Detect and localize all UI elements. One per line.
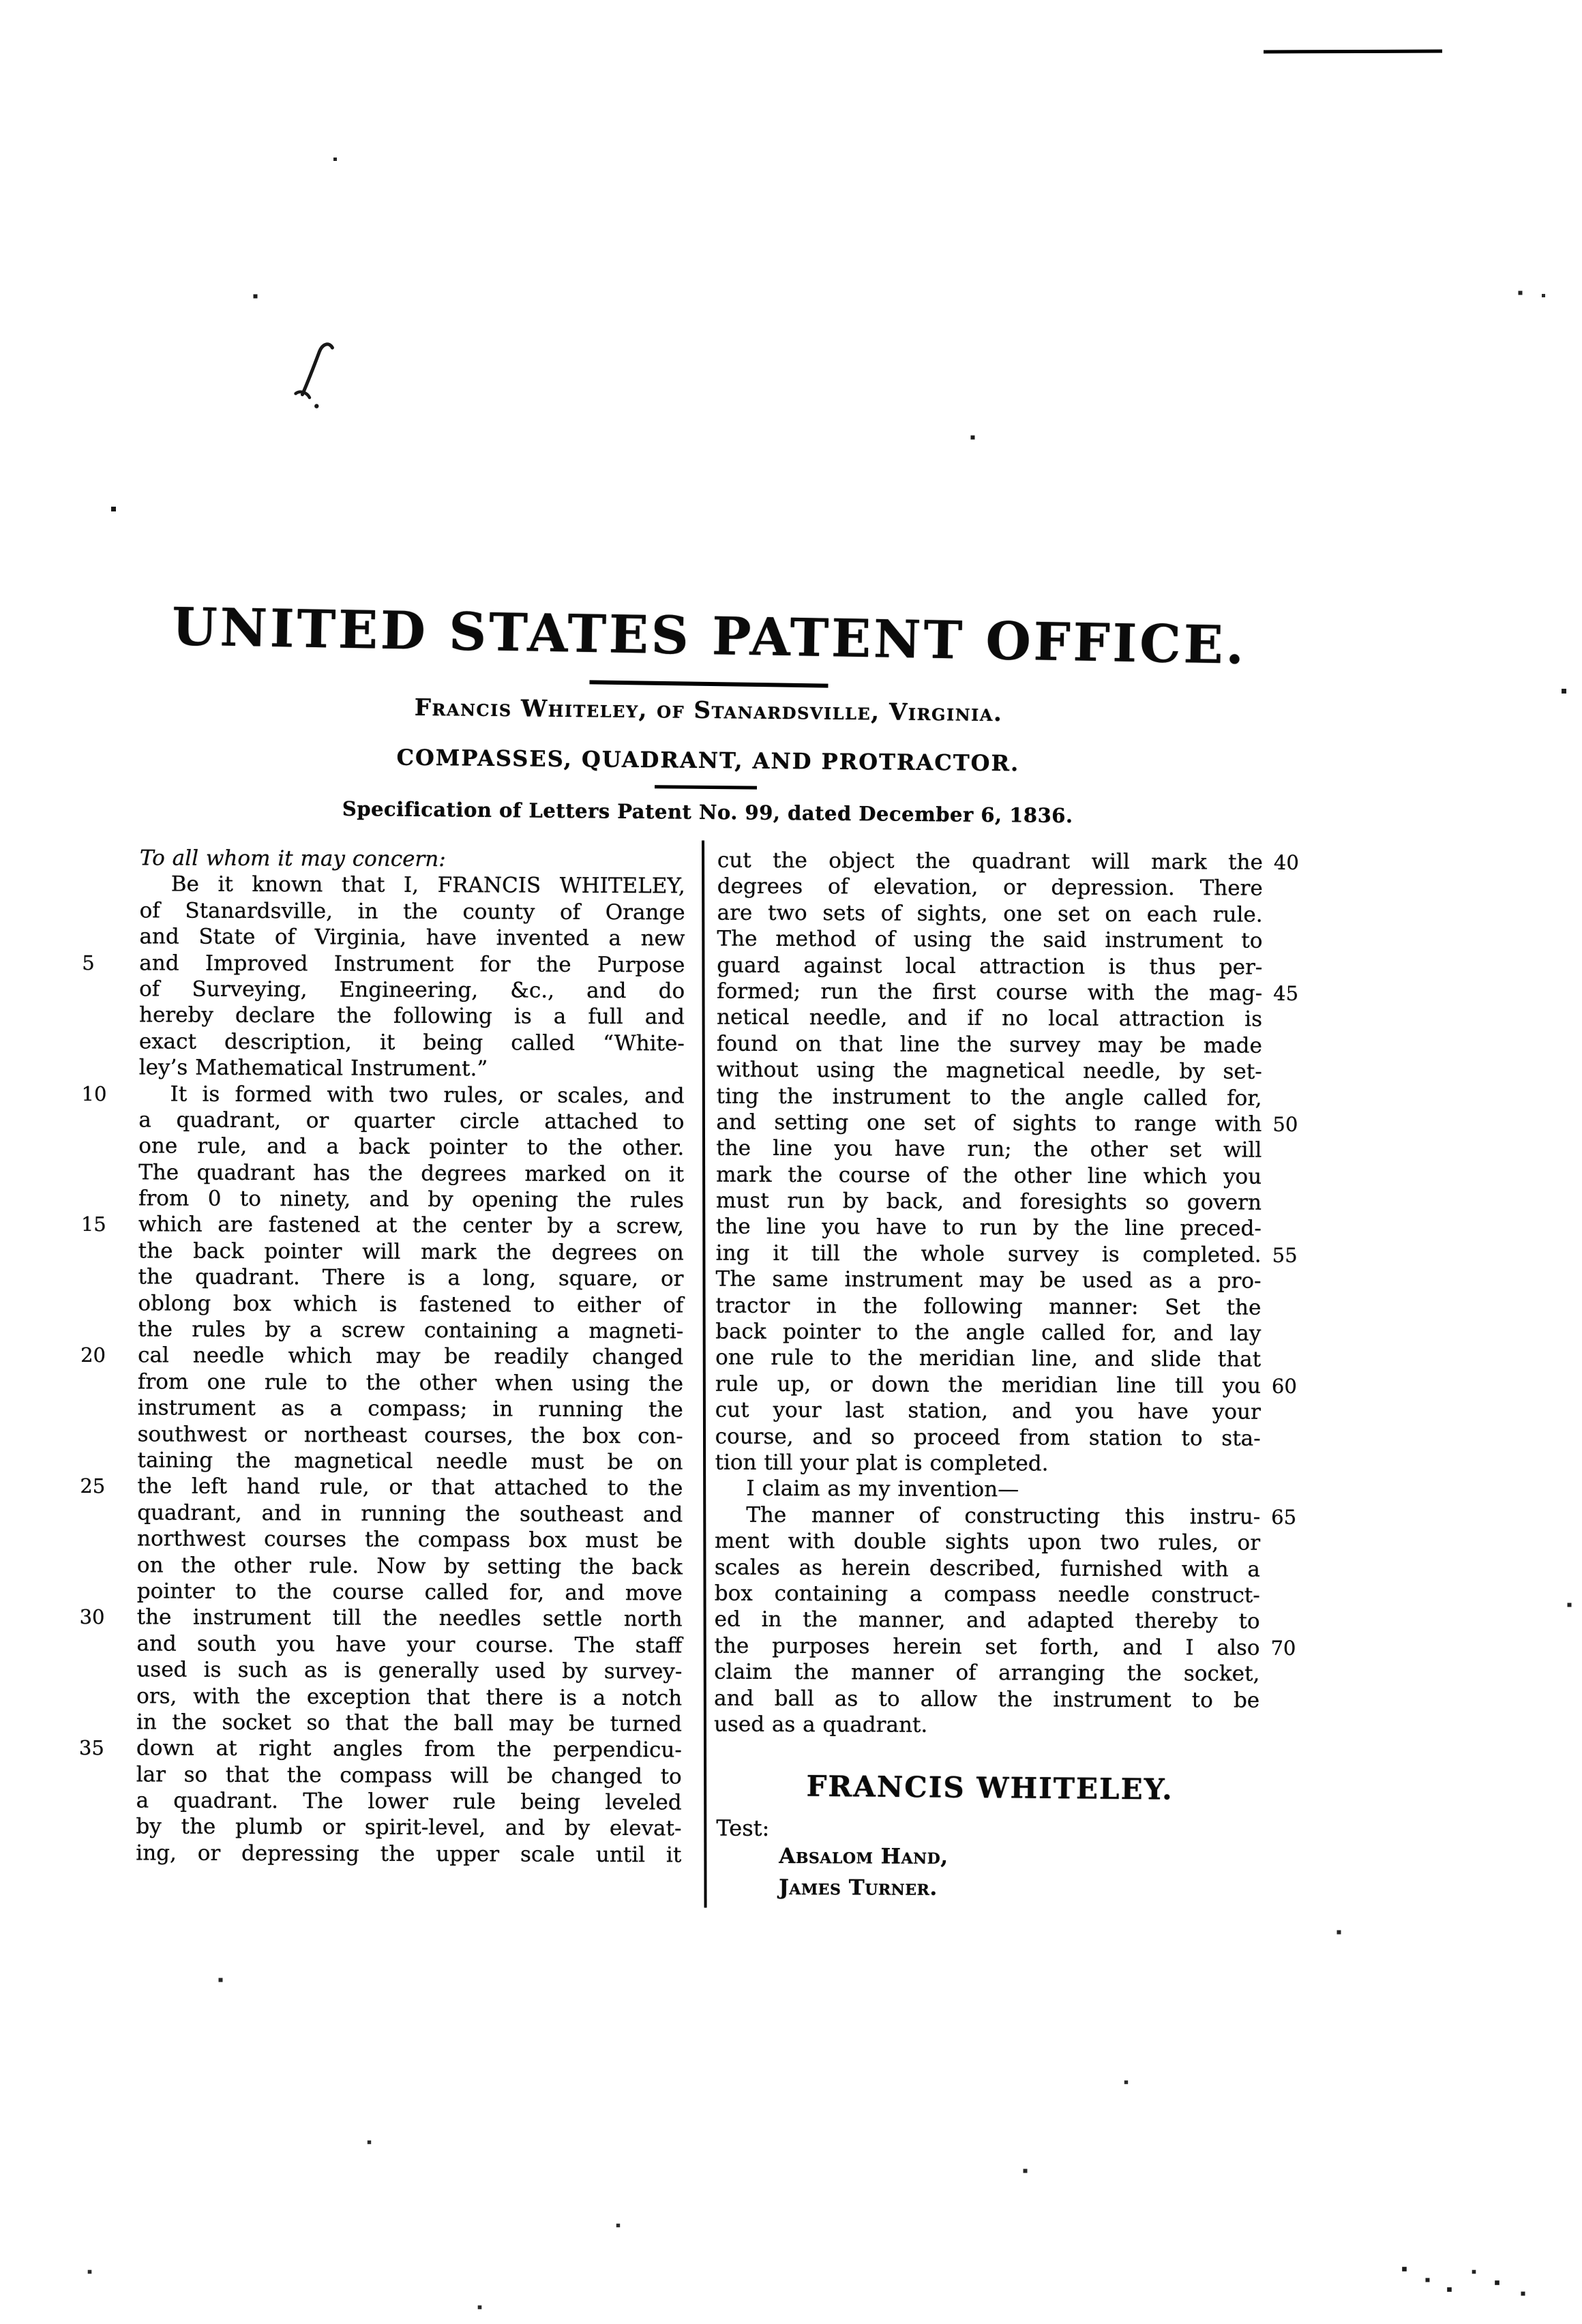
text-line-content: back pointer to the angle called for, an… xyxy=(715,1320,1261,1346)
text-line-content: guard against local attraction is thus p… xyxy=(717,953,1262,979)
text-line: rule up, or down the meridian line till … xyxy=(715,1371,1261,1399)
text-line: which are fastened at the center by a sc… xyxy=(138,1212,684,1240)
text-line: back pointer to the angle called for, an… xyxy=(715,1319,1261,1347)
line-number: 40 xyxy=(1274,850,1322,876)
text-line: cut the object the quadrant will mark th… xyxy=(717,848,1263,876)
text-line: and setting one set of sights to range w… xyxy=(716,1109,1262,1137)
text-line-content: netical needle, and if no local attracti… xyxy=(717,1005,1262,1032)
text-line-content: rule up, or down the meridian line till … xyxy=(715,1371,1261,1398)
text-line-content: It is formed with two rules, or scales, … xyxy=(170,1082,685,1108)
text-line: exact description, it being called “Whit… xyxy=(139,1028,685,1056)
text-line: down at right angles from the perpendicu… xyxy=(136,1735,682,1763)
attest-label: Test: xyxy=(716,1815,769,1841)
text-line-content: cal needle which may be readily changed xyxy=(138,1343,683,1370)
witness-name: Absalom Hand, xyxy=(779,1844,948,1869)
text-line: pointer to the course called for, and mo… xyxy=(137,1578,683,1606)
text-line: claim the manner of arranging the socket… xyxy=(714,1659,1259,1687)
text-line: The quadrant has the degrees marked on i… xyxy=(138,1159,684,1187)
text-line-content: ors, with the exception that there is a … xyxy=(136,1684,682,1710)
line-number: 45 xyxy=(1273,981,1321,1007)
text-line-content: taining the magnetical needle must be on xyxy=(137,1448,683,1474)
text-line: It is formed with two rules, or scales, … xyxy=(139,1081,685,1109)
text-line-content: exact description, it being called “Whit… xyxy=(139,1029,685,1056)
text-line: lar so that the compass will be changed … xyxy=(136,1761,682,1789)
text-line-content: are two sets of sights, one set on each … xyxy=(717,900,1263,927)
text-line-content: ment with double sights upon two rules, … xyxy=(715,1529,1260,1555)
text-line: ing it till the whole survey is complete… xyxy=(716,1240,1262,1268)
text-line-content: ley’s Mathematical Instrument.” xyxy=(139,1055,488,1081)
line-number: 70 xyxy=(1270,1635,1318,1661)
left-column: To all whom it may concern:Be it known t… xyxy=(136,845,685,1868)
right-column: cut the object the quadrant will mark th… xyxy=(714,848,1263,1740)
text-line: in the socket so that the ball may be tu… xyxy=(136,1709,682,1737)
text-line: and south you have your course. The staf… xyxy=(136,1630,682,1658)
text-line-content: found on that line the survey may be mad… xyxy=(717,1031,1262,1058)
text-line: degrees of elevation, or depression. The… xyxy=(717,874,1263,902)
text-line-content: of Surveying, Engineering, &c., and do xyxy=(139,977,685,1003)
text-line: cut your last station, and you have your xyxy=(715,1397,1261,1425)
text-line: tractor in the following manner: Set the xyxy=(715,1292,1261,1320)
text-line-content: The manner of constructing this instru- xyxy=(746,1503,1260,1530)
text-line-content: the line you have run; the other set wil… xyxy=(716,1136,1262,1163)
text-line: ing, or depressing the upper scale until… xyxy=(136,1840,681,1868)
text-line-content: the instrument till the needles settle n… xyxy=(137,1605,683,1632)
line-number: 55 xyxy=(1272,1242,1320,1269)
text-line-content: scales as herein described, furnished wi… xyxy=(715,1555,1260,1581)
text-line-content: instrument as a compass; in running the xyxy=(138,1396,683,1422)
line-number: 35 xyxy=(79,1735,127,1761)
text-line: ment with double sights upon two rules, … xyxy=(715,1528,1260,1556)
text-line-content: pointer to the course called for, and mo… xyxy=(137,1579,683,1605)
specification-body: To all whom it may concern:Be it known t… xyxy=(0,0,1582,2324)
text-line: the back pointer will mark the degrees o… xyxy=(138,1238,684,1266)
text-line: from one rule to the other when using th… xyxy=(138,1369,683,1397)
text-line: ors, with the exception that there is a … xyxy=(136,1683,682,1711)
text-line: The method of using the said instrument … xyxy=(717,926,1262,954)
text-line-content: by the plumb or spirit-level, and by ele… xyxy=(136,1815,681,1841)
text-line-content: course, and so proceed from station to s… xyxy=(715,1424,1261,1450)
text-line: To all whom it may concern: xyxy=(140,845,685,873)
text-line-content: southwest or northeast courses, the box … xyxy=(138,1422,683,1448)
patent-page-scan: { "document": { "office_title": "UNITED … xyxy=(0,0,1582,2324)
text-line-content: cut your last station, and you have your xyxy=(715,1398,1261,1425)
text-line-content: ed in the manner, and adapted thereby to xyxy=(715,1607,1260,1634)
text-line: I claim as my invention— xyxy=(715,1476,1260,1504)
text-line-content: mark the course of the other line which … xyxy=(716,1162,1262,1189)
text-line-content: from 0 to ninety, and by opening the rul… xyxy=(138,1186,684,1212)
text-line: box containing a compass needle construc… xyxy=(715,1581,1260,1609)
text-line-content: in the socket so that the ball may be tu… xyxy=(136,1710,682,1736)
witness-name: James Turner. xyxy=(779,1875,938,1901)
text-line-content: To all whom it may concern: xyxy=(140,846,446,871)
text-line-content: the rules by a screw containing a magnet… xyxy=(138,1317,683,1343)
text-line: without using the magnetical needle, by … xyxy=(717,1057,1262,1085)
text-line: must run by back, and foresights so gove… xyxy=(716,1188,1262,1216)
text-line-content: the back pointer will mark the degrees o… xyxy=(138,1238,684,1265)
text-line-content: used is such as is generally used by sur… xyxy=(136,1657,682,1684)
text-line-content: the left hand rule, or that attached to … xyxy=(137,1474,683,1501)
text-line: hereby declare the following is a full a… xyxy=(139,1002,685,1030)
text-line-content: must run by back, and foresights so gove… xyxy=(716,1189,1262,1215)
inventor-signature: FRANCIS WHITELEY. xyxy=(713,1768,1266,1806)
text-line: northwest courses the compass box must b… xyxy=(137,1525,683,1553)
text-line: are two sets of sights, one set on each … xyxy=(717,899,1263,927)
text-line: on the other rule. Now by setting the ba… xyxy=(137,1552,683,1580)
text-line: the line you have to run by the line pre… xyxy=(716,1214,1262,1242)
text-line-content: on the other rule. Now by setting the ba… xyxy=(137,1553,683,1579)
line-number: 25 xyxy=(80,1473,128,1500)
text-line: cal needle which may be readily changed2… xyxy=(138,1343,683,1371)
text-line-content: ting the instrument to the angle called … xyxy=(717,1084,1262,1110)
text-line: quadrant, and in running the southeast a… xyxy=(137,1500,683,1528)
text-line: tion till your plat is completed. xyxy=(715,1450,1260,1478)
text-line: the rules by a screw containing a magnet… xyxy=(138,1316,683,1344)
text-line-content: Be it known that I, FRANCIS WHITELEY, xyxy=(171,872,685,899)
text-line-content: The same instrument may be used as a pro… xyxy=(715,1267,1261,1294)
text-line-content: oblong box which is fastened to either o… xyxy=(138,1291,683,1317)
text-line: one rule, and a back pointer to the othe… xyxy=(138,1133,684,1161)
text-line-content: The method of using the said instrument … xyxy=(717,927,1262,953)
line-number: 50 xyxy=(1272,1112,1320,1138)
text-line: from 0 to ninety, and by opening the rul… xyxy=(138,1185,684,1213)
text-line: instrument as a compass; in running the xyxy=(138,1395,683,1423)
line-number: 60 xyxy=(1272,1373,1319,1400)
text-line-content: northwest courses the compass box must b… xyxy=(137,1526,683,1553)
column-divider-rule xyxy=(702,840,707,1907)
text-line-content: from one rule to the other when using th… xyxy=(138,1369,683,1396)
text-line: a quadrant. The lower rule being leveled xyxy=(136,1787,682,1815)
text-line-content: the line you have to run by the line pre… xyxy=(716,1215,1262,1241)
text-line-content: tractor in the following manner: Set the xyxy=(715,1293,1261,1320)
text-line-content: The quadrant has the degrees marked on i… xyxy=(138,1160,684,1187)
text-line-content: used as a quadrant. xyxy=(714,1712,927,1737)
text-line: netical needle, and if no local attracti… xyxy=(717,1004,1262,1032)
text-line-content: a quadrant. The lower rule being leveled xyxy=(136,1788,682,1815)
text-line-content: quadrant, and in running the southeast a… xyxy=(137,1500,683,1527)
text-line-content: of Stanardsville, in the county of Orang… xyxy=(140,898,685,925)
text-line: Be it known that I, FRANCIS WHITELEY, xyxy=(140,871,685,899)
text-line: course, and so proceed from station to s… xyxy=(715,1423,1261,1451)
text-line-content: and ball as to allow the instrument to b… xyxy=(714,1686,1259,1712)
text-line: and State of Virginia, have invented a n… xyxy=(139,924,685,952)
line-number: 30 xyxy=(80,1604,128,1630)
text-line-content: without using the magnetical needle, by … xyxy=(717,1058,1262,1084)
text-line-content: tion till your plat is completed. xyxy=(715,1450,1048,1476)
text-line: The same instrument may be used as a pro… xyxy=(715,1266,1261,1294)
text-line-content: one rule to the meridian line, and slide… xyxy=(715,1345,1261,1372)
text-line-content: claim the manner of arranging the socket… xyxy=(714,1660,1259,1686)
text-line: and ball as to allow the instrument to b… xyxy=(714,1685,1259,1713)
text-line: used as a quadrant. xyxy=(714,1711,1259,1739)
text-line: formed; run the first course with the ma… xyxy=(717,979,1262,1007)
text-line-content: and setting one set of sights to range w… xyxy=(716,1109,1262,1136)
text-line-content: formed; run the first course with the ma… xyxy=(717,979,1262,1006)
text-line: by the plumb or spirit-level, and by ele… xyxy=(136,1814,681,1842)
text-line: taining the magnetical needle must be on xyxy=(137,1447,683,1475)
text-line: southwest or northeast courses, the box … xyxy=(138,1421,683,1449)
line-number: 15 xyxy=(81,1211,129,1238)
text-line-content: and south you have your course. The staf… xyxy=(136,1631,682,1658)
text-line: guard against local attraction is thus p… xyxy=(717,952,1262,980)
text-line: of Surveying, Engineering, &c., and do xyxy=(139,976,685,1004)
text-line: one rule to the meridian line, and slide… xyxy=(715,1345,1261,1373)
text-line: ting the instrument to the angle called … xyxy=(717,1083,1262,1111)
line-number: 5 xyxy=(82,950,130,977)
text-line: oblong box which is fastened to either o… xyxy=(138,1290,683,1318)
text-line: of Stanardsville, in the county of Orang… xyxy=(140,897,685,925)
scan-specks xyxy=(0,0,2,2)
text-line-content: I claim as my invention— xyxy=(746,1476,1019,1502)
text-line: ed in the manner, and adapted thereby to xyxy=(715,1607,1260,1635)
text-line: ley’s Mathematical Instrument.” xyxy=(139,1054,685,1082)
text-line: and Improved Instrument for the Purpose5 xyxy=(139,950,685,978)
text-line-content: lar so that the compass will be changed … xyxy=(136,1762,682,1789)
text-line: scales as herein described, furnished wi… xyxy=(715,1554,1260,1582)
text-line: the instrument till the needles settle n… xyxy=(137,1605,683,1633)
text-line: the quadrant. There is a long, square, o… xyxy=(138,1264,683,1292)
text-line-content: cut the object the quadrant will mark th… xyxy=(717,848,1263,875)
text-line: found on that line the survey may be mad… xyxy=(717,1030,1262,1058)
line-number: 10 xyxy=(82,1081,130,1107)
text-line: a quadrant, or quarter circle attached t… xyxy=(138,1107,684,1135)
text-line-content: down at right angles from the perpendicu… xyxy=(136,1736,682,1763)
text-line-content: one rule, and a back pointer to the othe… xyxy=(138,1134,684,1161)
text-line: mark the course of the other line which … xyxy=(716,1161,1262,1189)
line-number: 65 xyxy=(1271,1504,1319,1530)
text-line-content: box containing a compass needle construc… xyxy=(715,1581,1260,1608)
text-line-content: ing, or depressing the upper scale until… xyxy=(136,1841,681,1867)
text-line: the left hand rule, or that attached to … xyxy=(137,1474,683,1502)
text-line-content: ing it till the whole survey is complete… xyxy=(716,1240,1262,1267)
text-line-content: which are fastened at the center by a sc… xyxy=(138,1212,684,1239)
text-line-content: and Improved Instrument for the Purpose xyxy=(139,951,685,977)
text-line-content: a quadrant, or quarter circle attached t… xyxy=(138,1107,684,1134)
text-line: the line you have run; the other set wil… xyxy=(716,1135,1262,1163)
text-line-content: and State of Virginia, have invented a n… xyxy=(139,925,685,951)
text-line-content: degrees of elevation, or depression. The… xyxy=(717,874,1263,901)
text-line-content: the purposes herein set forth, and I als… xyxy=(714,1633,1259,1660)
text-line: used is such as is generally used by sur… xyxy=(136,1656,682,1684)
line-number: 20 xyxy=(80,1342,128,1369)
text-line: The manner of constructing this instru-6… xyxy=(715,1502,1260,1530)
text-line-content: the quadrant. There is a long, square, o… xyxy=(138,1265,683,1292)
text-line: the purposes herein set forth, and I als… xyxy=(714,1633,1259,1660)
text-line-content: hereby declare the following is a full a… xyxy=(139,1003,685,1030)
